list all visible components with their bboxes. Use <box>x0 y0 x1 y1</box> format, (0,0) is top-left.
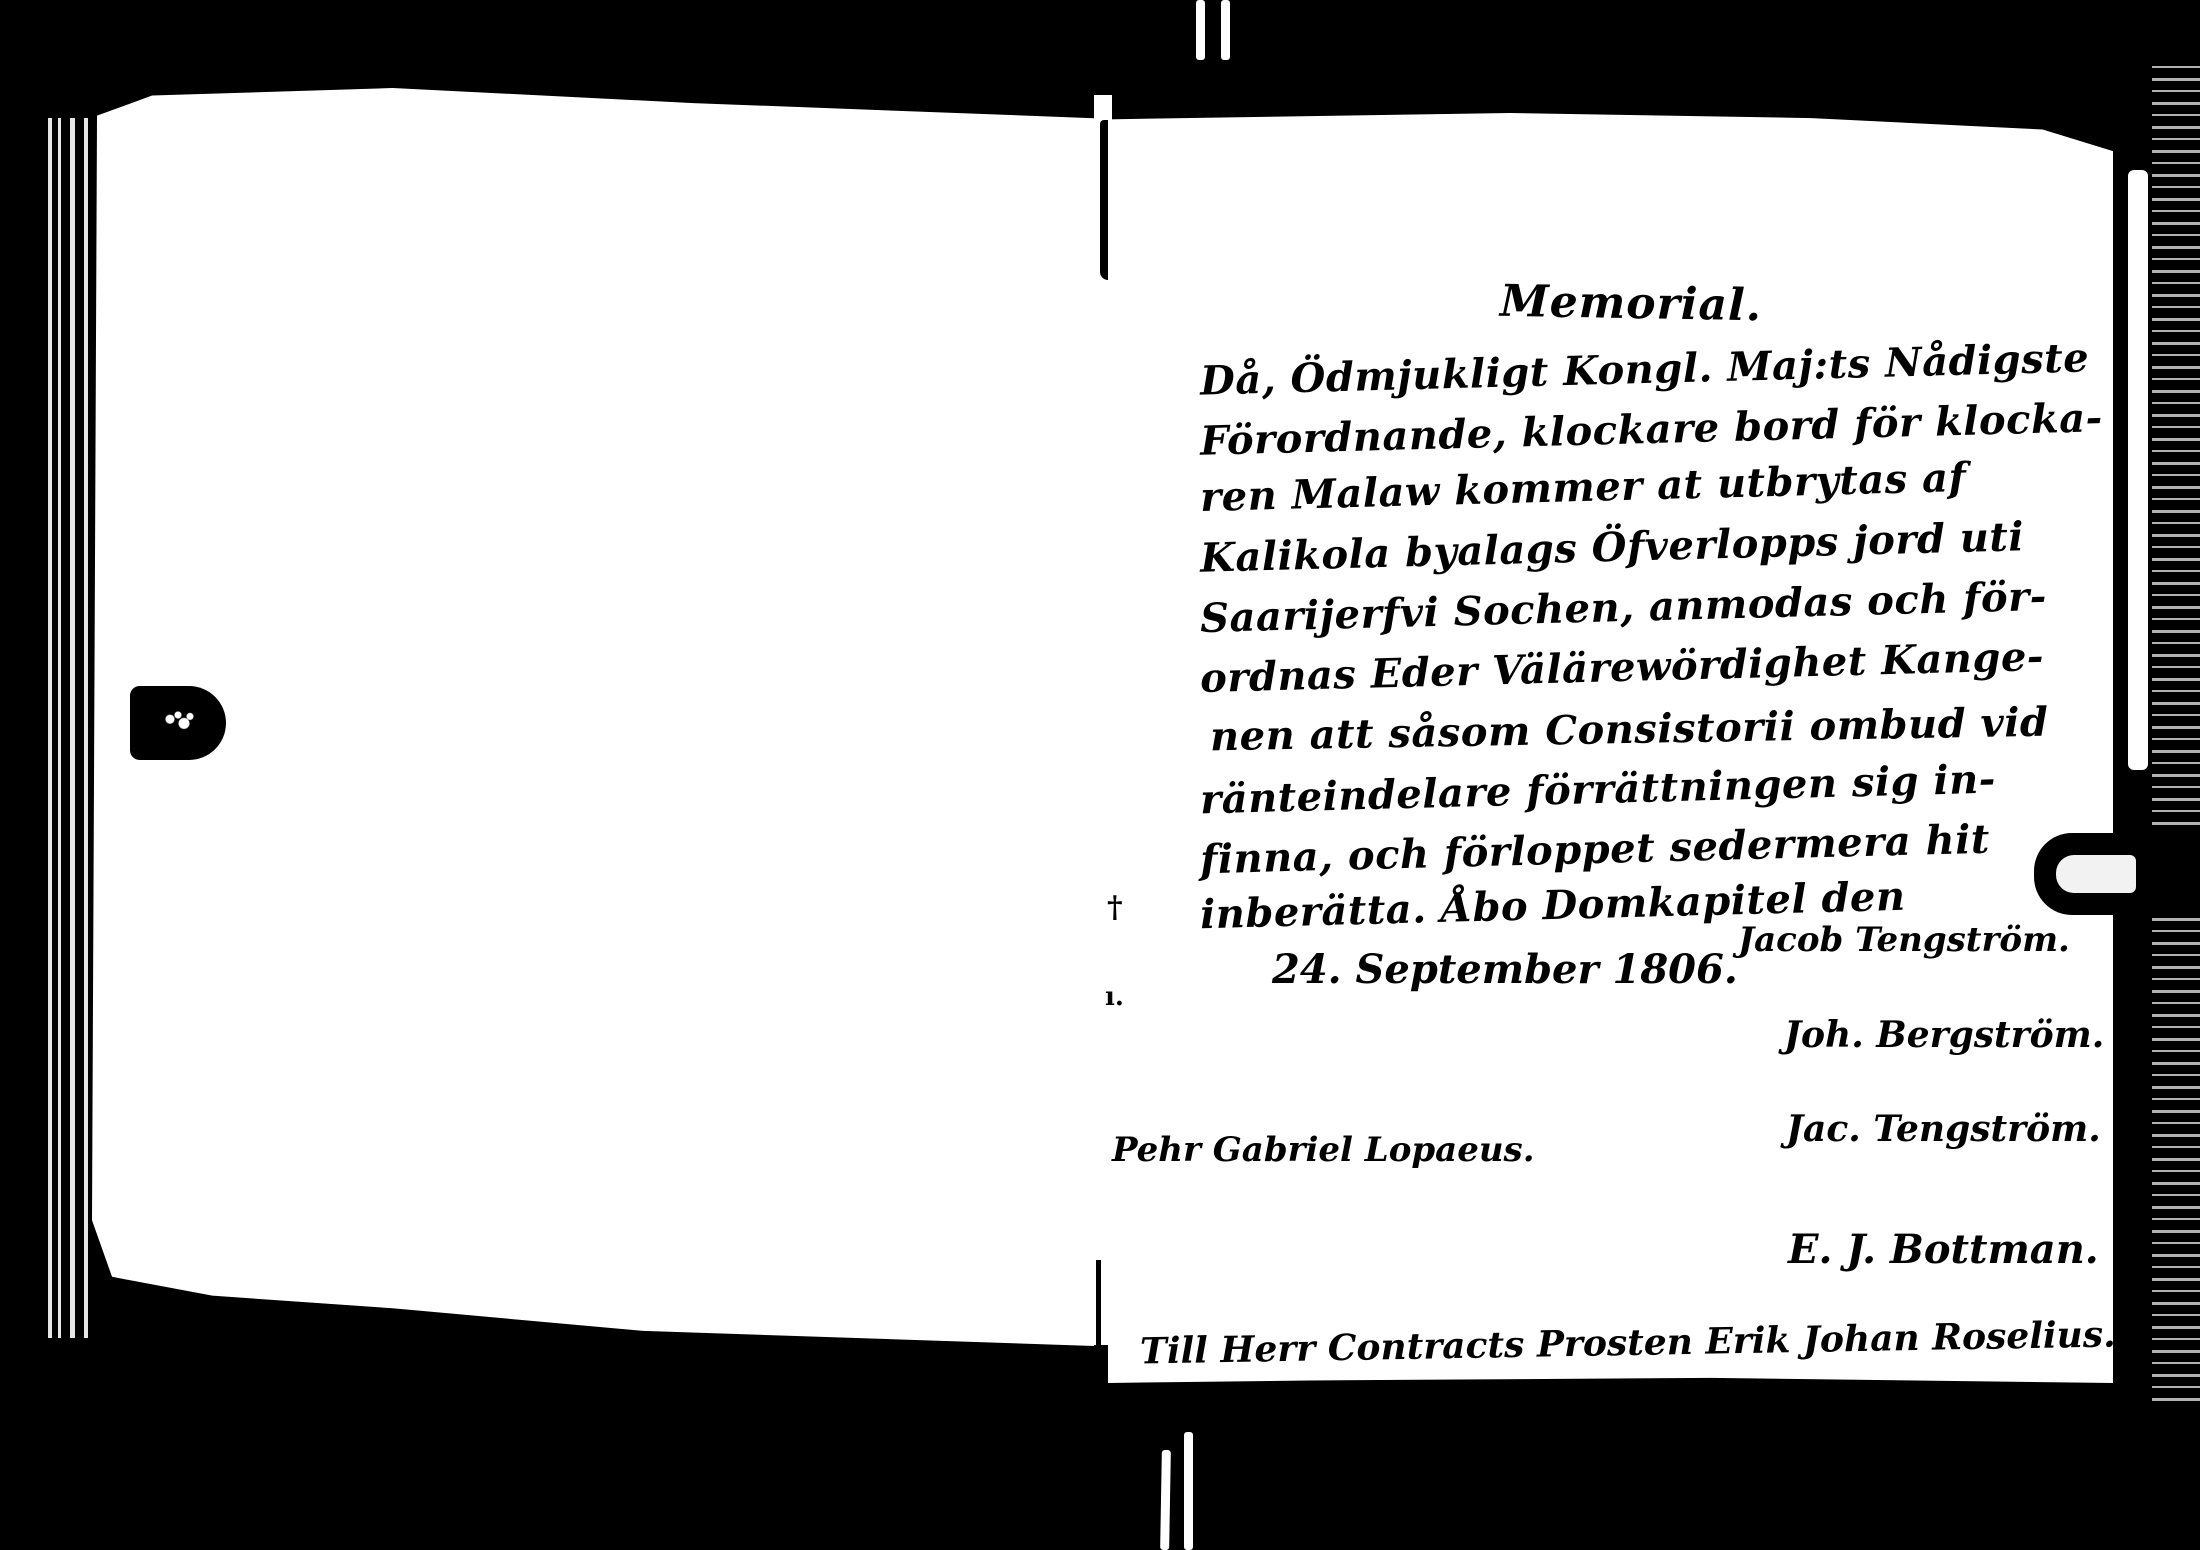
left-clasp <box>130 686 226 760</box>
right-cover-edge <box>2152 60 2200 1410</box>
left-page-edges <box>48 118 94 1338</box>
binding-mark-bottom-2 <box>1184 1432 1193 1550</box>
signature-3: Jac. Tengström. <box>1786 1108 2101 1150</box>
right-clasp-texture <box>2056 855 2136 893</box>
left-clasp-texture <box>158 708 198 736</box>
binding-mark-top-2 <box>1221 0 1230 60</box>
signature-1: Jacob Tengström. <box>1738 920 2070 960</box>
signature-2: Joh. Bergström. <box>1784 1014 2104 1056</box>
signature-4: E. J. Bottman. <box>1788 1226 2099 1273</box>
manuscript-title: Memorial. <box>1500 276 1763 332</box>
right-page-edge-highlight <box>2128 170 2148 770</box>
left-page <box>92 88 1094 1346</box>
binding-mark-bottom-1 <box>1160 1450 1171 1550</box>
spine-shadow-bottom <box>1096 1260 1101 1385</box>
signature-left: Pehr Gabriel Lopaeus. <box>1112 1130 1535 1170</box>
binding-mark-top-1 <box>1196 0 1205 60</box>
margin-mark-cross: † <box>1107 890 1123 925</box>
date-line: 24. September 1806. <box>1272 946 1738 993</box>
margin-mark-dot: ı. <box>1105 982 1124 1012</box>
right-clasp <box>2034 833 2200 915</box>
